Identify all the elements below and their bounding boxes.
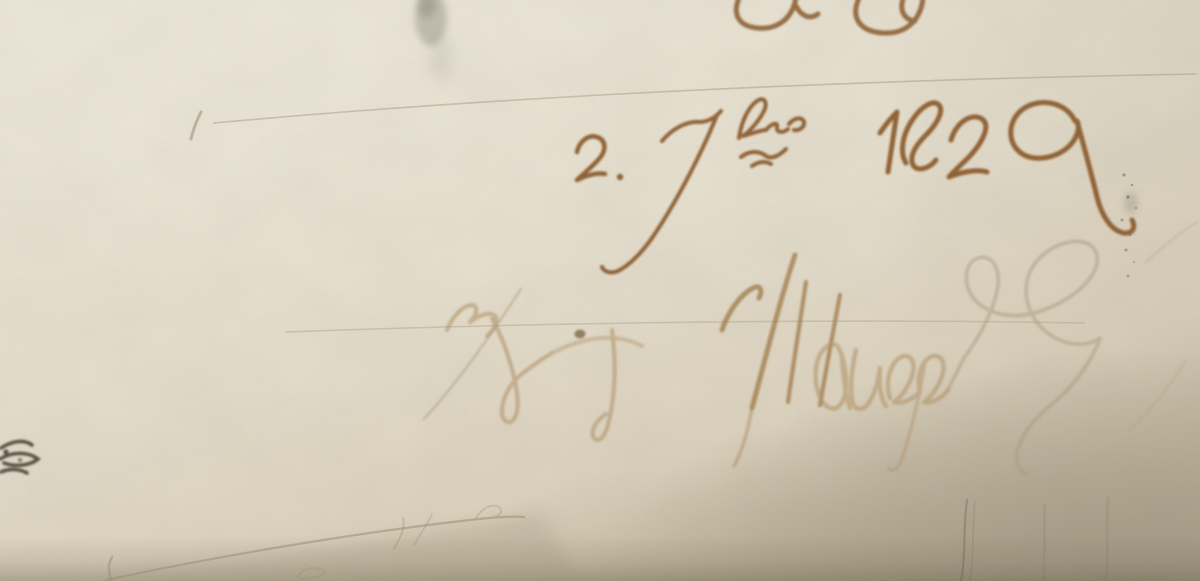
paper-background	[0, 0, 1200, 581]
manuscript-photo	[0, 0, 1200, 581]
manuscript-canvas	[0, 0, 1200, 581]
paper-fiber-texture	[0, 0, 1200, 581]
ink-blot	[575, 330, 586, 339]
date-period-dot	[617, 174, 623, 180]
